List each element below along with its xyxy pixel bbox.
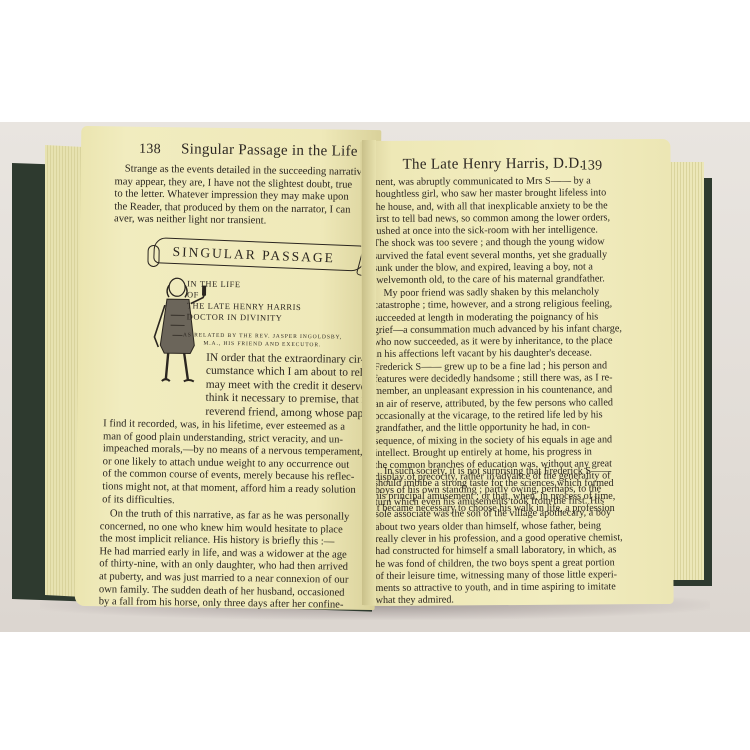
text-line: it became necessary to choose his walk i…: [374, 503, 588, 515]
attribution-block: AS RELATED BY THE REV. JASPER INGOLDSBY,…: [182, 331, 342, 349]
intro-paragraph: Strange as the events detailed in the su…: [114, 163, 375, 230]
body-paragraph-2: On the truth of this narrative, as far a…: [99, 508, 370, 613]
right-running-title: The Late Henry Harris, D.D.: [402, 156, 583, 173]
body-paragraph-1: I find it recorded, was, in his lifetime…: [102, 418, 371, 510]
text-line: member, an unpleasant expression in his …: [374, 385, 588, 399]
left-folio: 138: [139, 142, 161, 157]
text-line: twelvemonth old, to the care of his mate…: [373, 274, 587, 288]
book-gutter: [362, 140, 376, 605]
subtitle-block: IN THE LIFE OF THE LATE HENRY HARRIS DOC…: [187, 278, 302, 324]
right-paragraph-1: ment, was abruptly communicated to Mrs S…: [373, 176, 588, 288]
text-line: thoughtless girl, who saw her master bro…: [373, 188, 587, 202]
subtitle-line: DOCTOR IN DIVINITY: [187, 311, 302, 324]
text-line: catastrophe ; time, however, and a stron…: [373, 299, 587, 313]
text-line: his principal amusement ; or that, when,…: [374, 491, 588, 503]
left-running-head: 138 Singular Passage in the Life of: [139, 141, 375, 161]
right-page: The Late Henry Harris, D.D. 139 ment, wa…: [360, 139, 673, 606]
right-closing-paragraph: In such society, it is not surprising th…: [374, 466, 588, 515]
text-line: had constructed for himself a small labo…: [375, 545, 589, 559]
subtitle-line: IN THE LIFE: [187, 278, 302, 291]
left-running-title: Singular Passage in the Life of: [181, 141, 375, 160]
right-folio: 139: [581, 158, 603, 174]
chapter-title-banner: SINGULAR PASSAGE: [153, 237, 366, 271]
text-line: The shock was too severe ; and though th…: [373, 237, 587, 251]
text-line: should imbibe a strong taste for the sci…: [374, 478, 588, 490]
right-paragraph-2: My poor friend was sadly shaken by this …: [373, 287, 589, 608]
text-line: In such society, it is not surprising th…: [374, 466, 588, 478]
left-page: 138 Singular Passage in the Life of Stra…: [75, 126, 382, 610]
text-line: what they admired.: [376, 594, 590, 608]
text-line: ments so attractive to youth, and in tim…: [375, 582, 589, 596]
chapter-title: SINGULAR PASSAGE: [172, 244, 335, 266]
text-line: reverend friend, among whose papers: [205, 405, 371, 421]
text-line: in his affections left vacant by his dau…: [374, 348, 588, 362]
opening-paragraph: IN order that the extraordinary cir- cum…: [205, 352, 372, 421]
text-line: grandfather, and the little opportunity …: [374, 422, 588, 436]
right-running-head: The Late Henry Harris, D.D.: [402, 156, 583, 174]
